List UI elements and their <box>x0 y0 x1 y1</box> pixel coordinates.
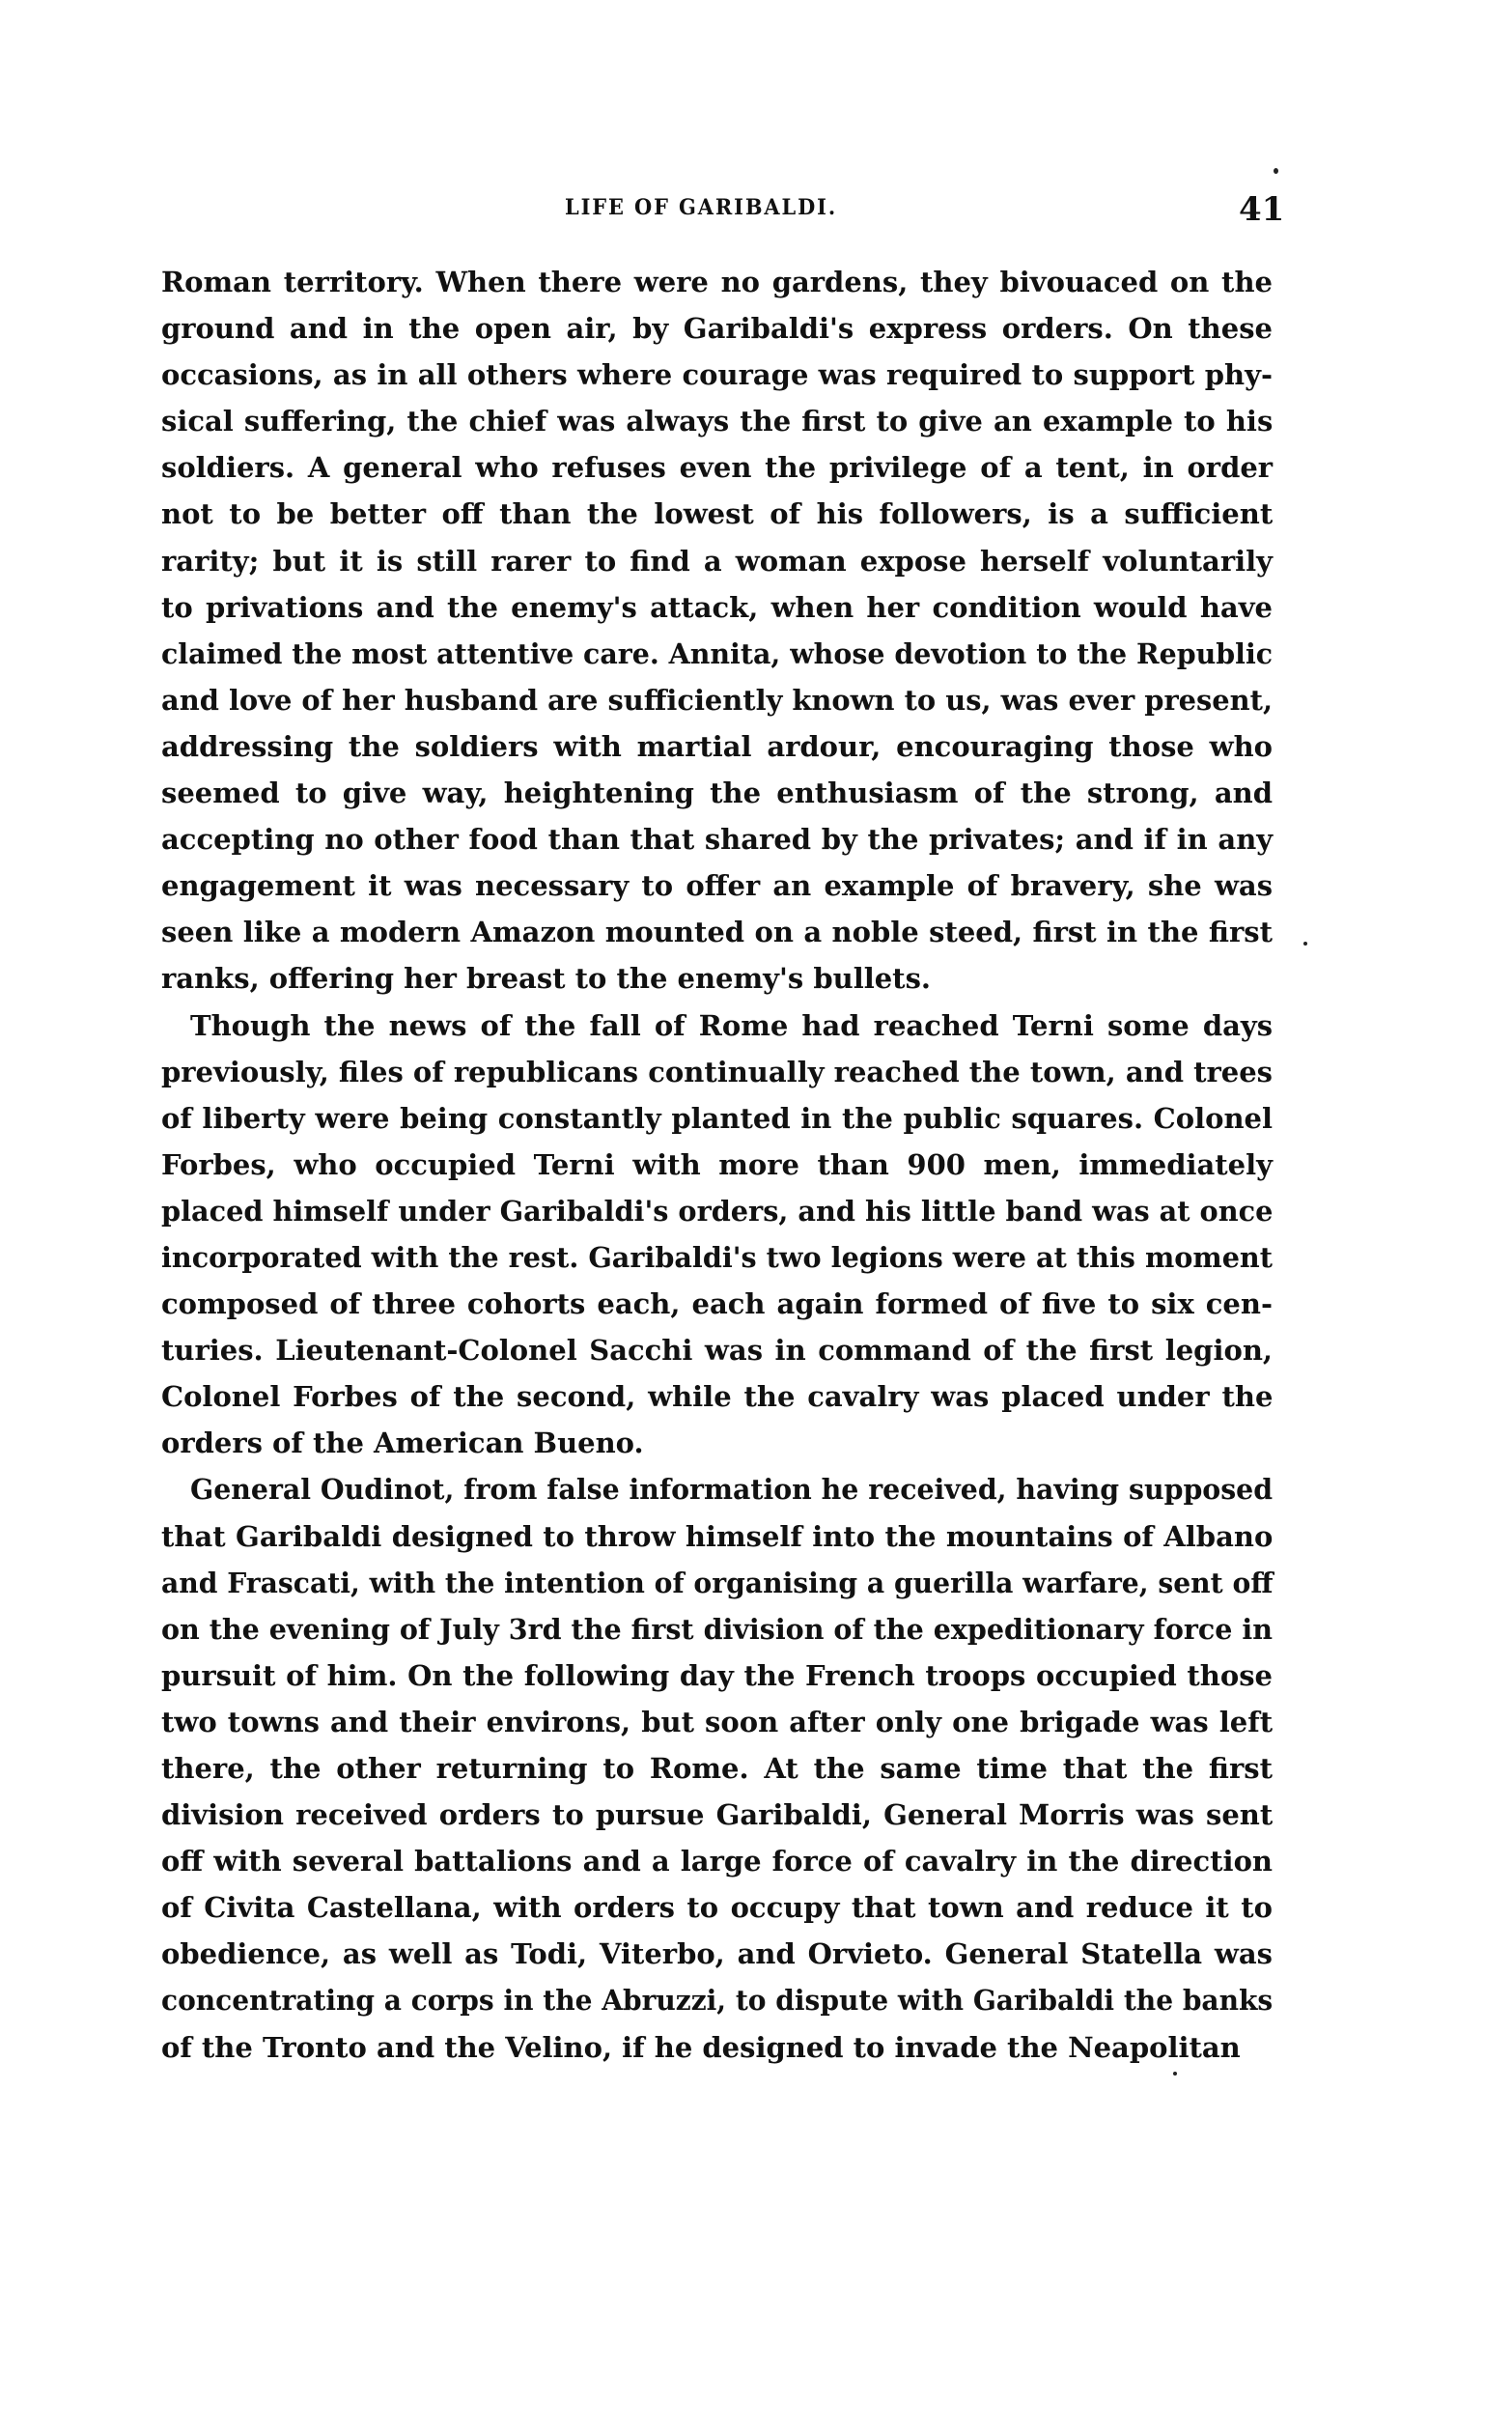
text-line: engagement it was necessary to offer an … <box>161 862 1273 909</box>
text-line: ground and in the open air, by Garibaldi… <box>161 305 1273 352</box>
text-line: that Garibaldi designed to throw himself… <box>161 1513 1273 1560</box>
scan-speck <box>1274 168 1278 174</box>
text-line-content: incorporated with the rest. Garibaldi's … <box>161 1234 1273 1281</box>
text-line: to privations and the enemy's attack, wh… <box>161 584 1273 631</box>
text-line-content: addressing the soldiers with martial ard… <box>161 723 1273 770</box>
scan-speck <box>1303 942 1307 946</box>
text-line: of the Tronto and the Velino, if he desi… <box>161 2024 1273 2071</box>
text-line: soldiers. A general who refuses even the… <box>161 444 1273 491</box>
text-line-content: ground and in the open air, by Garibaldi… <box>161 305 1273 352</box>
text-line-content: accepting no other food than that shared… <box>161 816 1273 862</box>
text-line-content: occasions, as in all others where courag… <box>161 352 1273 398</box>
text-line-content: there, the other returning to Rome. At t… <box>161 1745 1273 1792</box>
text-line-content: rarity; but it is still rarer to find a … <box>161 538 1273 584</box>
text-line-content: composed of three cohorts each, each aga… <box>161 1281 1273 1327</box>
text-line-content: seen like a modern Amazon mounted on a n… <box>161 909 1273 955</box>
text-line: of Civita Castellana, with orders to occ… <box>161 1884 1273 1931</box>
text-line-content: not to be better off than the lowest of … <box>161 491 1273 537</box>
text-line-content: on the evening of July 3rd the first div… <box>161 1606 1273 1652</box>
body-text: Roman territory. When there were no gard… <box>161 259 1273 2071</box>
text-line-content: Colonel Forbes of the second, while the … <box>161 1373 1273 1420</box>
text-line-content: pursuit of him. On the following day the… <box>161 1652 1273 1699</box>
text-line: turies. Lieutenant-Colonel Sacchi was in… <box>161 1327 1273 1373</box>
text-line-content: soldiers. A general who refuses even the… <box>161 444 1273 491</box>
text-line: incorporated with the rest. Garibaldi's … <box>161 1234 1273 1281</box>
text-line: Forbes, who occupied Terni with more tha… <box>161 1142 1273 1188</box>
text-line-content: of Civita Castellana, with orders to occ… <box>161 1884 1273 1931</box>
text-line-content: off with several battalions and a large … <box>161 1838 1273 1884</box>
text-line-content: sical suffering, the chief was always th… <box>161 398 1273 444</box>
text-line: obedience, as well as Todi, Viterbo, and… <box>161 1931 1273 1977</box>
text-line: orders of the American Bueno. <box>161 1420 1273 1466</box>
text-line: previously, files of republicans continu… <box>161 1049 1273 1095</box>
text-line: sical suffering, the chief was always th… <box>161 398 1273 444</box>
text-line-content: concentrating a corps in the Abruzzi, to… <box>161 1977 1273 2023</box>
text-line: there, the other returning to Rome. At t… <box>161 1745 1273 1792</box>
text-line: of liberty were being constantly planted… <box>161 1095 1273 1142</box>
text-line: division received orders to pursue Garib… <box>161 1792 1273 1838</box>
page-number: 41 <box>1239 190 1284 229</box>
text-line: Though the news of the fall of Rome had … <box>161 1003 1273 1049</box>
text-line-content: of liberty were being constantly planted… <box>161 1095 1273 1142</box>
text-line: off with several battalions and a large … <box>161 1838 1273 1884</box>
text-line: not to be better off than the lowest of … <box>161 491 1273 537</box>
text-line-content: and love of her husband are sufficiently… <box>161 677 1273 723</box>
text-line-content: to privations and the enemy's attack, wh… <box>161 584 1273 631</box>
text-line-content: and Frascati, with the intention of orga… <box>161 1560 1273 1606</box>
text-line: and Frascati, with the intention of orga… <box>161 1560 1273 1606</box>
paragraph: Though the news of the fall of Rome had … <box>161 1003 1273 1467</box>
text-line: accepting no other food than that shared… <box>161 816 1273 862</box>
text-line-content: placed himself under Garibaldi's orders,… <box>161 1188 1273 1234</box>
text-line: occasions, as in all others where courag… <box>161 352 1273 398</box>
text-line-content: that Garibaldi designed to throw himself… <box>161 1513 1273 1560</box>
text-line-content: previously, files of republicans continu… <box>161 1049 1273 1095</box>
text-line: claimed the most attentive care. Annita,… <box>161 631 1273 677</box>
text-line-content: Though the news of the fall of Rome had … <box>190 1003 1273 1049</box>
text-line: composed of three cohorts each, each aga… <box>161 1281 1273 1327</box>
text-line: Roman territory. When there were no gard… <box>161 259 1273 305</box>
paragraph: Roman territory. When there were no gard… <box>161 259 1273 1003</box>
text-line-content: Roman territory. When there were no gard… <box>161 259 1273 305</box>
text-line: two towns and their environs, but soon a… <box>161 1699 1273 1745</box>
text-line: seen like a modern Amazon mounted on a n… <box>161 909 1273 955</box>
text-line: seemed to give way, heightening the enth… <box>161 770 1273 816</box>
text-line: addressing the soldiers with martial ard… <box>161 723 1273 770</box>
text-line: Colonel Forbes of the second, while the … <box>161 1373 1273 1420</box>
running-head: LIFE OF GARIBALDI. <box>565 195 837 220</box>
text-line-content: obedience, as well as Todi, Viterbo, and… <box>161 1931 1273 1977</box>
text-line-content: orders of the American Bueno. <box>161 1420 644 1466</box>
text-line: ranks, offering her breast to the enemy'… <box>161 955 1273 1002</box>
text-line-content: ranks, offering her breast to the enemy'… <box>161 955 931 1002</box>
text-line-content: of the Tronto and the Velino, if he desi… <box>161 2024 1241 2071</box>
text-line-content: two towns and their environs, but soon a… <box>161 1699 1273 1745</box>
scan-speck <box>1173 2072 1177 2076</box>
text-line: and love of her husband are sufficiently… <box>161 677 1273 723</box>
text-line-content: Forbes, who occupied Terni with more tha… <box>161 1142 1273 1188</box>
text-line: rarity; but it is still rarer to find a … <box>161 538 1273 584</box>
paragraph: General Oudinot, from false information … <box>161 1466 1273 2070</box>
text-line: placed himself under Garibaldi's orders,… <box>161 1188 1273 1234</box>
text-line-content: General Oudinot, from false information … <box>190 1466 1273 1512</box>
text-line-content: seemed to give way, heightening the enth… <box>161 770 1273 816</box>
text-line-content: turies. Lieutenant-Colonel Sacchi was in… <box>161 1327 1273 1373</box>
text-line-content: division received orders to pursue Garib… <box>161 1792 1273 1838</box>
book-page: LIFE OF GARIBALDI. 41 Roman territory. W… <box>0 0 1512 2429</box>
text-line: pursuit of him. On the following day the… <box>161 1652 1273 1699</box>
text-line: General Oudinot, from false information … <box>161 1466 1273 1512</box>
text-line: on the evening of July 3rd the first div… <box>161 1606 1273 1652</box>
text-line-content: engagement it was necessary to offer an … <box>161 862 1273 909</box>
text-line: concentrating a corps in the Abruzzi, to… <box>161 1977 1273 2023</box>
text-line-content: claimed the most attentive care. Annita,… <box>161 631 1273 677</box>
